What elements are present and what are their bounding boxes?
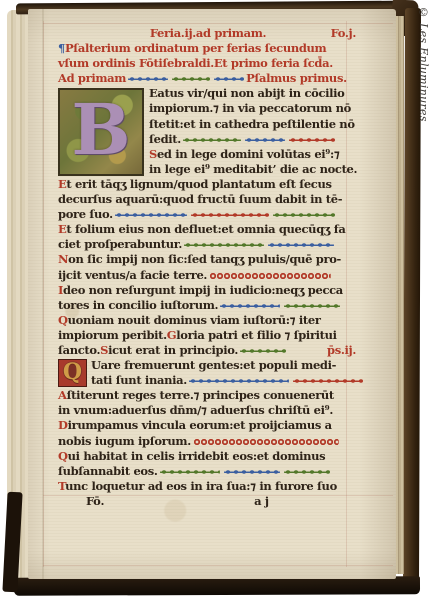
text-line: ſancto.Sicut erat in principio.p̄s.ij. xyxy=(58,343,358,358)
text-line: Uare fremuerunt gentes:et populi medi- xyxy=(58,358,358,373)
line-filler-ornament xyxy=(218,298,342,312)
text-segment: Ad primam xyxy=(58,71,126,85)
text-line: impiorum.⁊ in via peccatorum nō xyxy=(58,101,358,116)
text-segment: S xyxy=(149,147,157,161)
text-line: Qui habitat in celis irridebit eos:et do… xyxy=(58,449,358,464)
text-segment: A xyxy=(58,388,67,402)
text-line: impiorum peribit.Gloria patri et filio ⁊… xyxy=(58,328,358,343)
watermark-text: © Les Enluminures xyxy=(417,6,430,186)
text-segment: in vnum:aduerſus dn̄m/⁊ aduerſus chriſtū… xyxy=(58,403,333,417)
photo-of-book: Feria.ij.ad primam.Fo.j.¶Pſalterium ordi… xyxy=(0,0,438,600)
text-segment: in lege ei⁹ meditabit’ die ac nocte. xyxy=(149,162,357,176)
text-segment: on ſic impij non ſic:ſed tanqʒ puluis/qu… xyxy=(68,252,341,266)
filler-segment xyxy=(273,211,335,219)
text-line: Dirumpamus vincula eorum:et proijciamus … xyxy=(58,418,358,433)
text-segment: Pſalterium ordinatum per ferias ſecundum xyxy=(65,41,326,55)
filler-segment xyxy=(172,75,210,83)
ruling-line xyxy=(43,23,393,24)
text-segment: unc loquetur ad eos in ira ſua:⁊ in furo… xyxy=(65,479,337,493)
filler-segment xyxy=(245,136,285,144)
text-line: ſedit. xyxy=(58,132,358,147)
text-segment: vſum ordinis Fōtiſebraldi.Et primo feria… xyxy=(58,56,333,70)
text-segment: G xyxy=(167,328,176,342)
text-line: Et folium eius non defluet:et omnia quec… xyxy=(58,222,358,237)
text-segment: ſubſannabit eos. xyxy=(58,464,158,478)
text-segment: ſtetit:et in cathedra peſtilentie nō xyxy=(149,117,355,131)
text-segment: ſtiterunt reges terre.⁊ principes conuen… xyxy=(67,388,334,402)
text-line: ſubſannabit eos. xyxy=(58,464,358,479)
text-segment: Pſalmus primus. xyxy=(246,71,347,85)
text-line: Eatus vir/qui non abijt in cōcilio xyxy=(58,86,358,101)
line-filler-ornament xyxy=(187,373,365,387)
text-line: Tunc loquetur ad eos in ira ſua:⁊ in fur… xyxy=(58,479,358,494)
text-segment: Eatus vir/qui non abijt in cōcilio xyxy=(149,86,344,100)
psalm-number: p̄s.ij. xyxy=(327,343,356,358)
text-line: ijcit ventus/a facie terre. xyxy=(58,268,358,283)
folio-number: Fo.j. xyxy=(331,26,356,41)
book-bottom-board xyxy=(14,576,420,595)
filler-segment xyxy=(160,468,220,476)
filler-segment xyxy=(220,302,280,310)
ruling-line xyxy=(43,565,393,566)
text-line: tores in concilio iuſtorum. xyxy=(58,298,358,313)
manuscript-page: Feria.ij.ad primam.Fo.j.¶Pſalterium ordi… xyxy=(28,9,396,579)
text-segment: nobis iugum ipſorum. xyxy=(58,434,191,448)
text-line: nobis iugum ipſorum. xyxy=(58,434,358,449)
text-segment: N xyxy=(58,252,68,266)
text-segment: ijcit ventus/a facie terre. xyxy=(58,268,207,282)
text-line: in lege ei⁹ meditabit’ die ac nocte. xyxy=(58,162,358,177)
text-segment: Q xyxy=(58,449,68,463)
text-line: Sed in lege domini volūtas ei⁹:⁊ xyxy=(58,147,358,162)
text-line: Ad primamPſalmus primus. xyxy=(58,71,358,86)
line-filler-ornament xyxy=(181,132,337,146)
text-segment: tati ſunt inania. xyxy=(91,373,187,387)
text-line: ſtetit:et in cathedra peſtilentie nō xyxy=(58,117,358,132)
text-line: Non ſic impij non ſic:ſed tanqʒ puluis/q… xyxy=(58,252,358,267)
filler-segment xyxy=(128,75,168,83)
text-segment: S xyxy=(100,343,108,357)
text-segment: tores in concilio iuſtorum. xyxy=(58,298,218,312)
text-line: Aſtiterunt reges terre.⁊ principes conue… xyxy=(58,388,358,403)
filler-segment xyxy=(289,136,335,144)
line-filler-ornament xyxy=(207,268,333,282)
text-segment: ui habitat in celis irridebit eos:et dom… xyxy=(68,449,326,463)
filler-segment xyxy=(284,468,330,476)
text-line: vſum ordinis Fōtiſebraldi.Et primo feria… xyxy=(58,56,358,71)
text-line: tati ſunt inania. xyxy=(58,373,358,388)
text-segment: ed in lege domini volūtas ei⁹:⁊ xyxy=(157,147,339,161)
text-line: Fō.a j xyxy=(58,494,358,509)
text-segment: ciet proſperabuntur. xyxy=(58,237,182,251)
ruling-line xyxy=(43,21,44,567)
filler-segment xyxy=(184,241,264,249)
text-segment: icut erat in principio. xyxy=(108,343,238,357)
text-segment: Q xyxy=(58,313,68,327)
text-segment: t erit tāqʒ lignum/quod plantatum eſt ſe… xyxy=(66,177,331,191)
paraph-mark: ¶ xyxy=(58,41,65,55)
spacer xyxy=(104,504,254,505)
filler-segment xyxy=(189,377,289,385)
text-rows: Feria.ij.ad primam.Fo.j.¶Pſalterium ordi… xyxy=(58,26,358,509)
filler-segment xyxy=(293,377,363,385)
catchword: Fō. xyxy=(86,494,104,508)
line-filler-ornament xyxy=(113,207,337,221)
text-segment: pore ſuo. xyxy=(58,207,113,221)
line-filler-ornament xyxy=(191,434,341,448)
text-segment: ſedit. xyxy=(149,132,181,146)
text-line: ¶Pſalterium ordinatum per ferias ſecundu… xyxy=(58,41,358,56)
text-segment: impiorum.⁊ in via peccatorum nō xyxy=(149,101,351,115)
text-segment: deo non reſurgunt impij in iudicio:neqʒ … xyxy=(63,283,343,297)
spacer xyxy=(58,504,86,505)
text-line: decurſus aquarū:quod fructū ſuum dabit i… xyxy=(58,192,358,207)
text-line: Et erit tāqʒ lignum/quod plantatum eſt ſ… xyxy=(58,177,358,192)
text-segment: loria patri et filio ⁊ ſpiritui xyxy=(176,328,336,342)
filler-segment xyxy=(115,211,187,219)
text-segment: ſancto. xyxy=(58,343,100,357)
filler-segment xyxy=(240,347,286,355)
filler-segment xyxy=(284,302,340,310)
text-segment: irumpamus vincula eorum:et proijciamus a xyxy=(68,418,332,432)
text-line: ciet proſperabuntur. xyxy=(58,237,358,252)
filler-segment xyxy=(214,75,244,83)
filler-segment xyxy=(183,136,241,144)
text-segment: t folium eius non defluet:et omnia quecū… xyxy=(66,222,345,236)
line-filler-ornament xyxy=(182,237,336,251)
filler-segment xyxy=(209,272,331,280)
text-segment: impiorum peribit. xyxy=(58,328,167,342)
text-line: in vnum:aduerſus dn̄m/⁊ aduerſus chriſtū… xyxy=(58,403,358,418)
text-segment: Uare fremuerunt gentes:et populi medi- xyxy=(91,358,336,372)
line-filler-ornament xyxy=(238,343,288,357)
text-segment: uoniam nouit dominus viam iuſtorū:⁊ iter xyxy=(68,313,321,327)
text-line: Feria.ij.ad primam.Fo.j. xyxy=(58,26,358,41)
filler-segment xyxy=(193,438,339,446)
signature-mark: a j xyxy=(254,494,269,508)
running-title: Feria.ij.ad primam. xyxy=(150,26,266,40)
filler-segment xyxy=(268,241,334,249)
text-line: Quoniam nouit dominus viam iuſtorū:⁊ ite… xyxy=(58,313,358,328)
filler-segment xyxy=(191,211,269,219)
filler-segment xyxy=(224,468,280,476)
text-line: pore ſuo. xyxy=(58,207,358,222)
text-segment: decurſus aquarū:quod fructū ſuum dabit i… xyxy=(58,192,342,206)
text-line: Ideo non reſurgunt impij in iudicio:neqʒ… xyxy=(58,283,358,298)
line-filler-ornament xyxy=(126,71,246,85)
text-segment: D xyxy=(58,418,68,432)
line-filler-ornament xyxy=(158,464,332,478)
